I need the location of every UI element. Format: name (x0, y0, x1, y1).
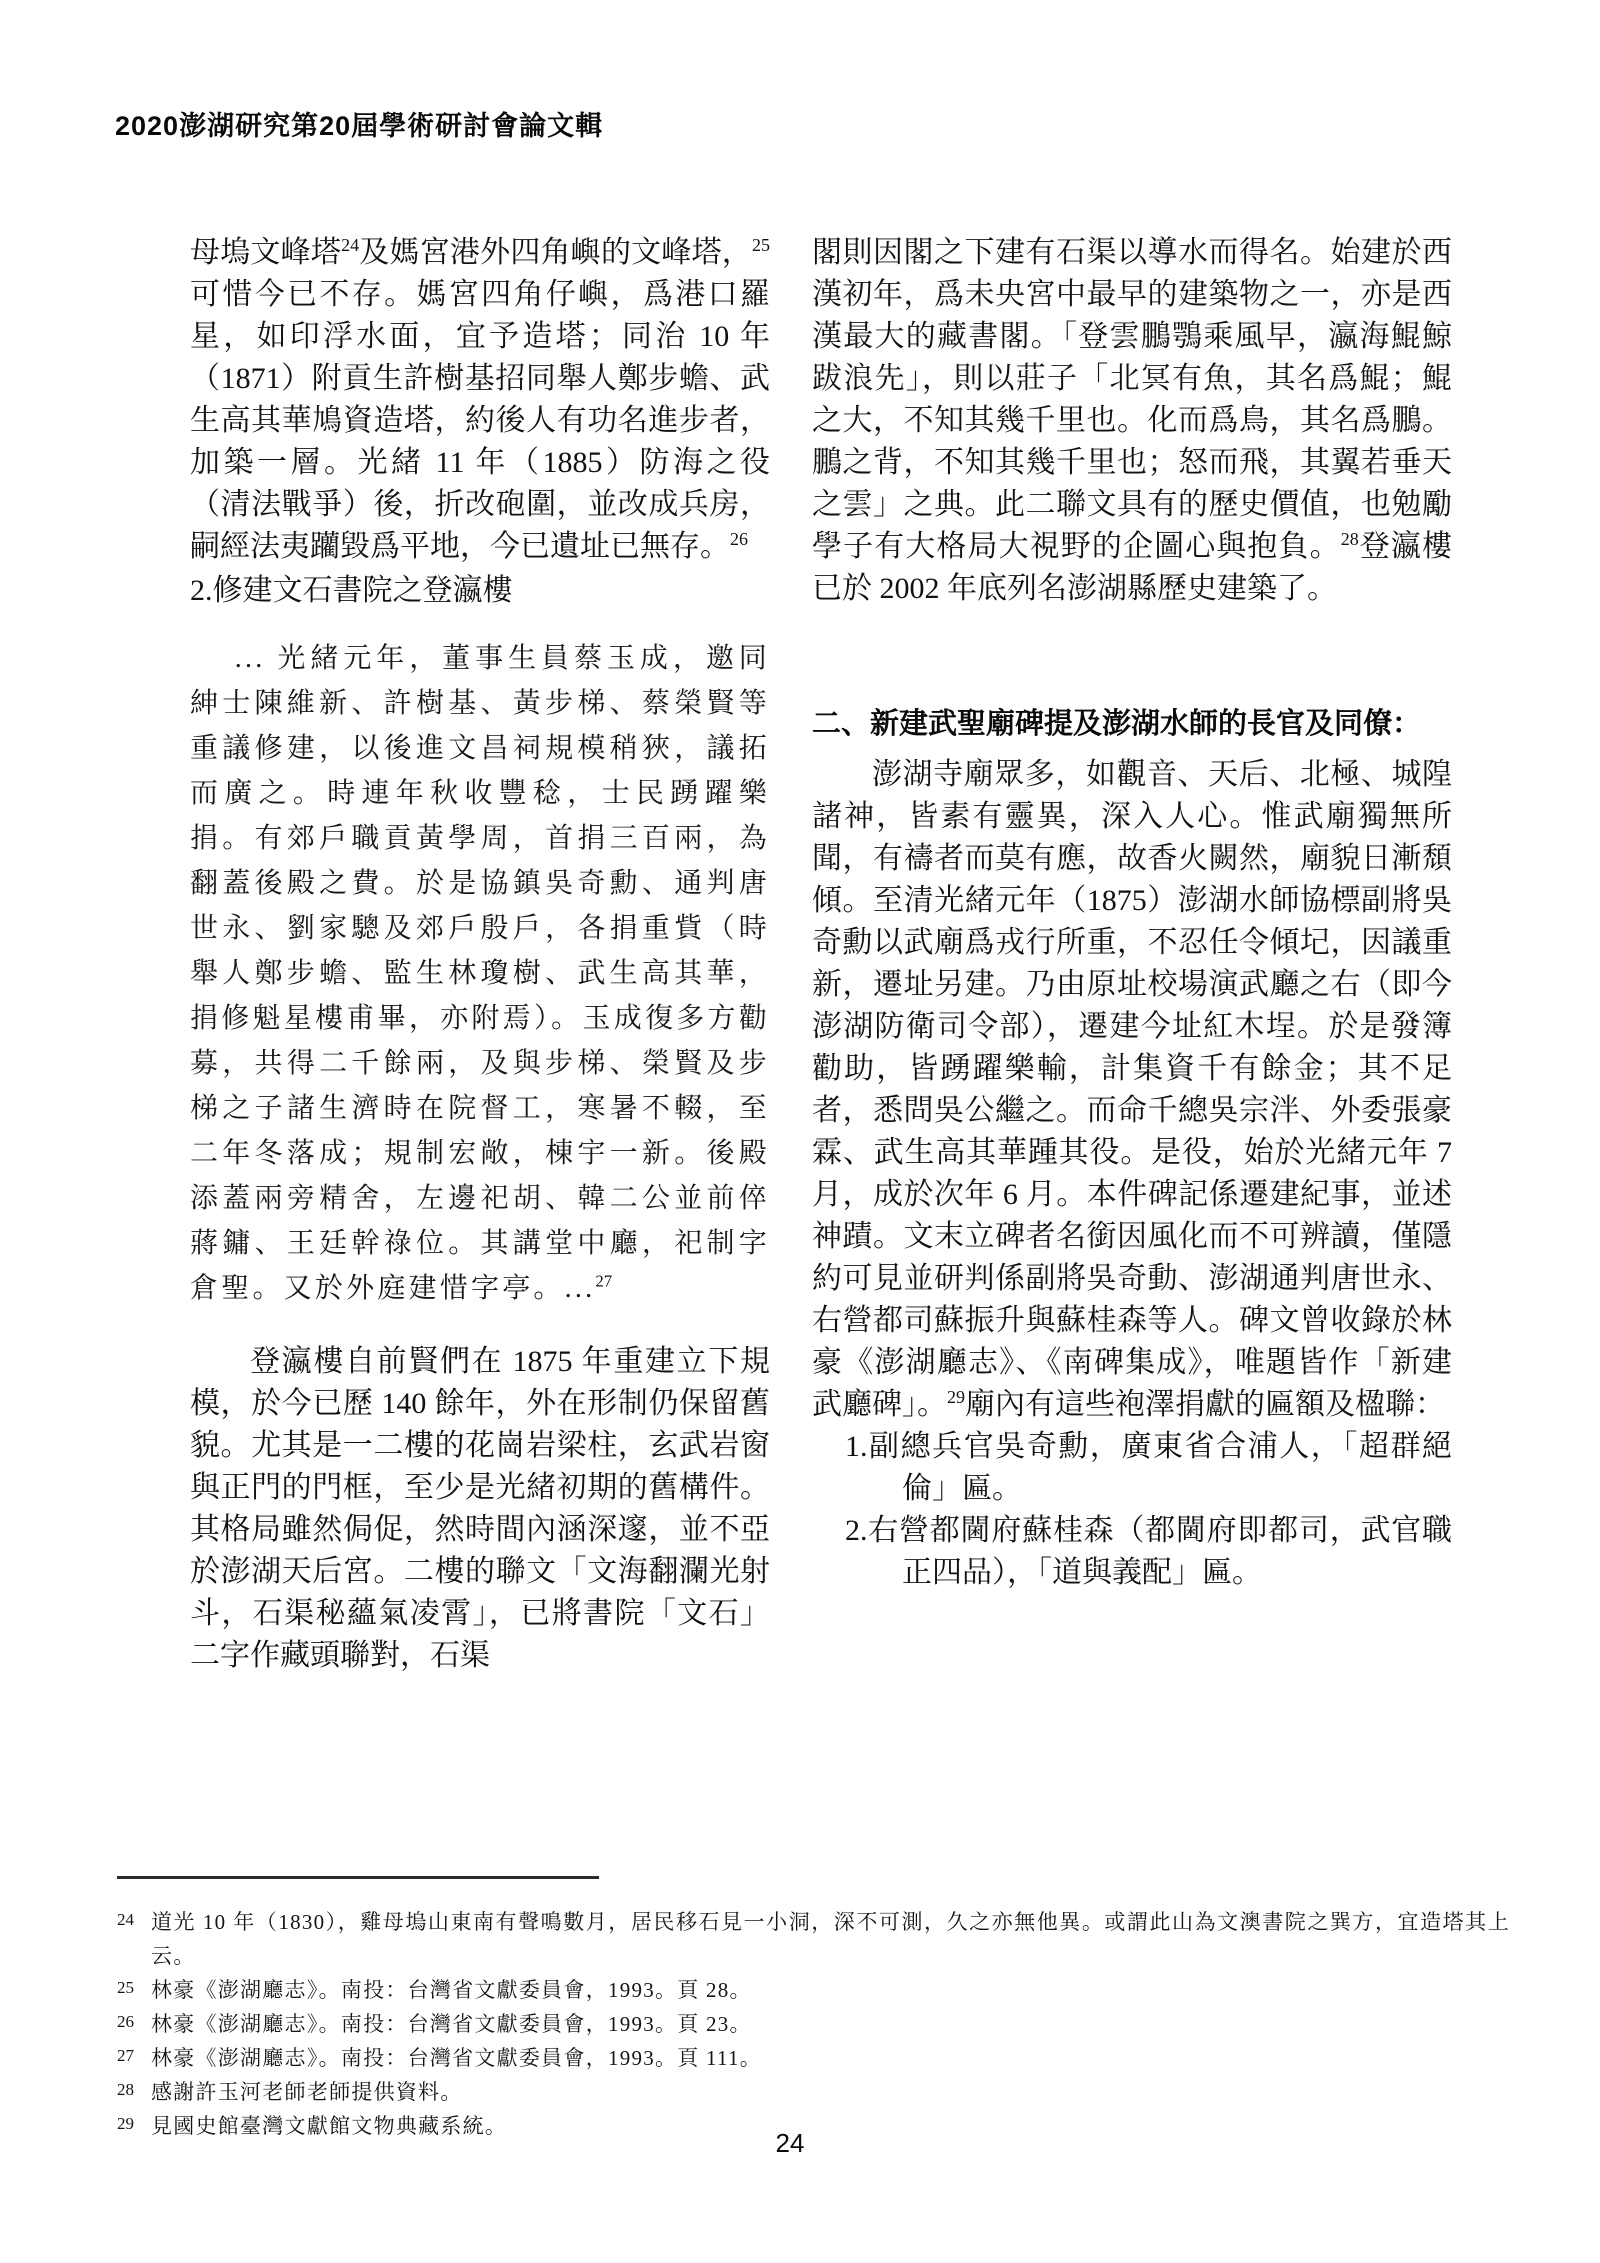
section-heading: 二、新建武聖廟碑提及澎湖水師的長官及同僚： (812, 702, 1452, 746)
footnote-text: 林豪《澎湖廳志》。南投：台灣省文獻委員會，1993。頁 28。 (151, 1978, 752, 2002)
footnote-number: 25 (117, 1971, 134, 2005)
right-column: 閣則因閣之下建有石渠以導水而得名。始建於西漢初年，爲未央宮中最早的建築物之一，亦… (812, 232, 1452, 1594)
document-page: 2020澎湖研究第20屆學術研討會論文輯 母塢文峰塔24及媽宮港外四角嶼的文峰塔… (0, 0, 1600, 2263)
footnote-text: 林豪《澎湖廳志》。南投：台灣省文獻委員會，1993。頁 23。 (151, 2012, 752, 2036)
paragraph: 澎湖寺廟眾多，如觀音、天后、北極、城隍諸神，皆素有靈異，深入人心。惟武廟獨無所聞… (812, 754, 1452, 1426)
footnotes-section: 24 道光 10 年（1830），雞母塢山東南有聲鳴數月，居民移石見一小洞，深不… (115, 1876, 1510, 2143)
list-item: 2.右營都閫府蘇桂森（都閫府即都司，武官職正四品），「道與義配」匾。 (812, 1510, 1452, 1594)
paragraph-continuation: 母塢文峰塔24及媽宮港外四角嶼的文峰塔，25可惜今已不存。媽宮四角仔嶼，爲港口羅… (190, 232, 770, 568)
footnote: 25 林豪《澎湖廳志》。南投：台灣省文獻委員會，1993。頁 28。 (115, 1973, 1510, 2007)
list-item: 1.副總兵官吳奇勳，廣東省合浦人，「超群絕倫」匾。 (812, 1426, 1452, 1510)
left-column: 母塢文峰塔24及媽宮港外四角嶼的文峰塔，25可惜今已不存。媽宮四角仔嶼，爲港口羅… (190, 232, 770, 1677)
footnote: 26 林豪《澎湖廳志》。南投：台灣省文獻委員會，1993。頁 23。 (115, 2007, 1510, 2041)
footnote-number: 26 (117, 2005, 134, 2039)
footnote: 24 道光 10 年（1830），雞母塢山東南有聲鳴數月，居民移石見一小洞，深不… (115, 1905, 1510, 1973)
footnote-text: 道光 10 年（1830），雞母塢山東南有聲鳴數月，居民移石見一小洞，深不可測，… (151, 1910, 1510, 1968)
footnote-text: 感謝許玉河老師老師提供資料。 (151, 2080, 463, 2104)
footnote: 27 林豪《澎湖廳志》。南投：台灣省文獻委員會，1993。頁 111。 (115, 2041, 1510, 2075)
footnote-number: 28 (117, 2073, 134, 2107)
page-number: 24 (0, 2128, 1580, 2159)
footnote-number: 24 (117, 1903, 134, 1937)
footnote: 28 感謝許玉河老師老師提供資料。 (115, 2075, 1510, 2109)
footnote-number: 27 (117, 2039, 134, 2073)
footnote-divider-rule (117, 1876, 599, 1879)
footnote-text: 林豪《澎湖廳志》。南投：台灣省文獻委員會，1993。頁 111。 (151, 2046, 762, 2070)
paragraph: 登瀛樓自前賢們在 1875 年重建立下規模，於今已歷 140 餘年，外在形制仍保… (190, 1341, 770, 1677)
page-header-title: 2020澎湖研究第20屆學術研討會論文輯 (115, 104, 603, 143)
section-subheading: 2.修建文石書院之登瀛樓 (190, 570, 770, 612)
paragraph-continuation: 閣則因閣之下建有石渠以導水而得名。始建於西漢初年，爲未央宮中最早的建築物之一，亦… (812, 232, 1452, 610)
quote-block: ... 光緒元年，董事生員蔡玉成，邀同紳士陳維新、許樹基、黃步梯、蔡榮賢等重議修… (190, 636, 770, 1311)
